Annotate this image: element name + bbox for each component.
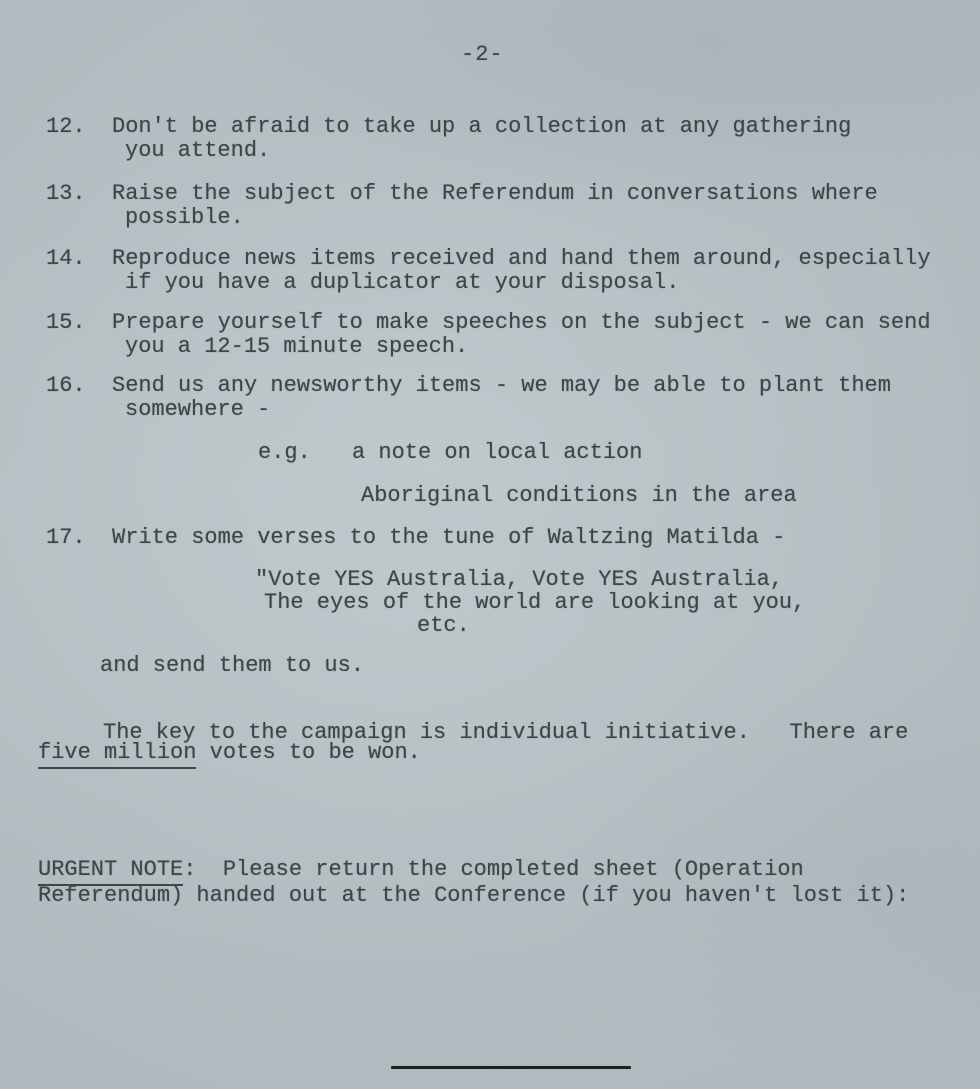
verse-line-1: "Vote YES Australia, Vote YES Australia,: [255, 569, 783, 591]
example-2-text: Aboriginal conditions in the area: [361, 485, 797, 507]
verse-line-3: etc.: [417, 615, 470, 637]
item-13-row: 13.Raise the subject of the Referendum i…: [46, 183, 878, 205]
item-17-row: 17.Write some verses to the tune of Walt…: [46, 527, 785, 549]
item-14-line-1: Reproduce news items received and hand t…: [112, 246, 931, 271]
example-1-text: a note on local action: [352, 440, 642, 465]
item-15-line-2: you a 12-15 minute speech.: [125, 336, 468, 358]
item-15-number: 15.: [46, 312, 112, 334]
item-13-line-2: possible.: [125, 207, 244, 229]
item-16-number: 16.: [46, 375, 112, 397]
item-16-line-2: somewhere -: [125, 399, 270, 421]
item-16-row: 16.Send us any newsworthy items - we may…: [46, 375, 891, 397]
item-12-row: 12.Don't be afraid to take up a collecti…: [46, 116, 851, 138]
closing-line-2-rest: votes to be won.: [196, 740, 420, 765]
closing-underlined-text: five million: [38, 740, 196, 769]
item-14-row: 14.Reproduce news items received and han…: [46, 248, 931, 270]
bottom-rule: [391, 1066, 631, 1069]
example-label: e.g.: [258, 442, 352, 464]
item-14-line-2: if you have a duplicator at your disposa…: [125, 272, 680, 294]
document-page: -2- 12.Don't be afraid to take up a coll…: [0, 0, 980, 1089]
item-12-line-2: you attend.: [125, 140, 270, 162]
urgent-note-line-1-rest: : Please return the completed sheet (Ope…: [183, 857, 804, 882]
example-row-1: e.g.a note on local action: [258, 442, 642, 464]
item-15-line-1: Prepare yourself to make speeches on the…: [112, 310, 931, 335]
verse-line-2: The eyes of the world are looking at you…: [264, 592, 805, 614]
item-17-line-1: Write some verses to the tune of Waltzin…: [112, 525, 785, 550]
page-number: -2-: [461, 44, 504, 66]
item-13-line-1: Raise the subject of the Referendum in c…: [112, 181, 878, 206]
item-15-row: 15.Prepare yourself to make speeches on …: [46, 312, 931, 334]
closing-line-2: five million votes to be won.: [38, 742, 421, 764]
item-13-number: 13.: [46, 183, 112, 205]
item-12-line-1: Don't be afraid to take up a collection …: [112, 114, 851, 139]
item-17-number: 17.: [46, 527, 112, 549]
send-line: and send them to us.: [100, 655, 364, 677]
urgent-note-line-2: Referendum) handed out at the Conference…: [38, 885, 909, 907]
item-12-number: 12.: [46, 116, 112, 138]
urgent-note-line-1: URGENT NOTE: Please return the completed…: [38, 859, 804, 881]
urgent-note-label: URGENT NOTE: [38, 857, 183, 886]
item-14-number: 14.: [46, 248, 112, 270]
item-16-line-1: Send us any newsworthy items - we may be…: [112, 373, 891, 398]
